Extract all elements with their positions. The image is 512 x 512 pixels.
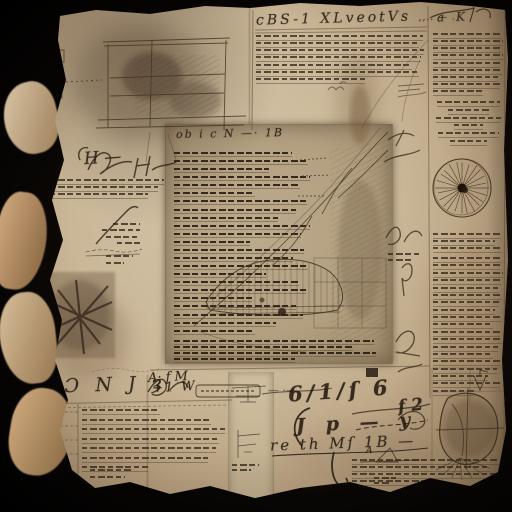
- script-text-line: [433, 286, 498, 293]
- script-text-line: [436, 116, 501, 123]
- script-text-line: [388, 258, 414, 263]
- script-text-line: [174, 288, 306, 294]
- smudge-stain: [75, 25, 205, 140]
- script-text-line: [388, 252, 422, 257]
- script-text-line: [232, 468, 251, 473]
- script-text-line: [374, 481, 391, 486]
- script-text-line: [256, 77, 365, 84]
- script-text-line: [174, 199, 307, 205]
- wheel-spokes: [435, 162, 489, 213]
- script-text-line: [433, 300, 499, 307]
- script-text-line: [454, 123, 482, 130]
- script-text-line: [174, 208, 296, 214]
- script-text-line: [433, 239, 495, 246]
- script-text-line: [174, 296, 252, 302]
- script-text-line: [82, 446, 216, 453]
- central-inset-panel: ob i c N —· 1B: [165, 124, 393, 364]
- script-text-line: [433, 367, 497, 374]
- script-text-line: [433, 89, 483, 96]
- corner-note-script: a K: [437, 9, 469, 24]
- right-column-below-wheel-text: [433, 232, 504, 253]
- script-text-line: [433, 39, 503, 46]
- script-text-line: [433, 256, 502, 263]
- left-tiny-note: [106, 254, 140, 266]
- script-text-line: [174, 256, 293, 262]
- structure-hatching: [135, 55, 220, 115]
- charcoal-smudge: [169, 82, 221, 118]
- script-text-line: [433, 61, 500, 68]
- script-text-line: [113, 222, 140, 227]
- script-text-line: [433, 271, 503, 278]
- ink-stain: [55, 295, 130, 380]
- script-text-line: [433, 263, 500, 270]
- right-column-mid-text: [433, 100, 504, 146]
- left-margin-note: [100, 222, 140, 246]
- strip-note: [232, 463, 270, 473]
- script-text-line: [437, 100, 499, 107]
- script-text-line: [82, 408, 160, 415]
- page-title-text: cBS-1 XLveotVs: [256, 9, 412, 29]
- script-text-line: [102, 228, 140, 233]
- right-column-main-text: [433, 256, 504, 396]
- script-text-line: [433, 246, 502, 253]
- script-text-line: [174, 183, 300, 189]
- bottom-script-line4: re th Mſ 1B —: [270, 431, 417, 454]
- bottom-left-footnote: [90, 468, 162, 480]
- script-text-line: [433, 53, 503, 60]
- bottom-script-line1: 6/1/ſ 6: [287, 374, 392, 406]
- manuscript-photo: { "palette":{"background":"#0a0705","par…: [0, 0, 512, 512]
- script-text-line: [448, 108, 489, 115]
- script-text-line: [174, 232, 301, 238]
- bottom-left-list: [82, 408, 232, 472]
- parchment-page: ob i c N —· 1B: [0, 0, 512, 512]
- script-text-line: [256, 70, 419, 77]
- left-column-rows: [50, 178, 170, 198]
- script-text-line: [352, 465, 490, 472]
- script-text-line: [174, 240, 250, 246]
- script-text-line: [174, 313, 303, 319]
- script-text-line: [174, 272, 266, 278]
- script-text-line: [50, 185, 158, 192]
- script-text-line: [352, 458, 499, 465]
- script-text-line: [174, 151, 292, 157]
- script-text-line: [82, 427, 225, 434]
- script-text-line: [174, 191, 255, 197]
- right-column-upper-text: [433, 32, 504, 96]
- bottom-left-flourish2-script: +1 W: [152, 379, 197, 396]
- script-text-line: [50, 178, 164, 185]
- script-text-line: [433, 232, 501, 239]
- script-text-line: [90, 475, 125, 480]
- torn-page-curl: [0, 189, 52, 292]
- script-text-line: [106, 261, 124, 266]
- panel-bottom-text: [174, 339, 382, 361]
- script-text-line: [174, 280, 299, 286]
- script-text-line: [256, 34, 423, 41]
- script-text-line: [433, 330, 500, 337]
- wheel-hub: [458, 184, 467, 193]
- charcoal-smudge: [122, 52, 182, 100]
- script-text-line: [174, 175, 310, 181]
- script-text-line: [433, 82, 500, 89]
- script-text-line: [256, 41, 419, 48]
- script-text-line: [174, 304, 296, 310]
- script-text-line: [433, 315, 501, 322]
- script-text-line: [106, 254, 133, 259]
- torn-page-curl: [0, 289, 61, 386]
- bottom-center-stack-note: [374, 476, 422, 486]
- script-text-line: [174, 264, 308, 270]
- wheel-diagram: [433, 159, 491, 217]
- script-text-line: [433, 374, 488, 381]
- dark-sketch-panel: [47, 272, 115, 358]
- panel-text-block: [174, 151, 314, 335]
- script-text-line: [174, 159, 308, 165]
- script-text-line: [438, 131, 498, 138]
- script-text-line: [433, 75, 498, 82]
- script-text-line: [433, 46, 501, 53]
- script-text-line: [433, 68, 502, 75]
- script-text-line: [433, 352, 493, 359]
- fold-crease: [248, 2, 251, 130]
- script-text-line: [433, 345, 498, 352]
- script-text-line: [174, 329, 255, 335]
- script-text-line: [106, 235, 140, 240]
- script-text-line: [90, 468, 133, 473]
- script-text-line: [82, 418, 211, 425]
- script-text-line: [174, 167, 269, 173]
- top-text-block: [256, 34, 426, 84]
- script-text-line: [433, 322, 493, 329]
- gutter-note: [388, 252, 428, 263]
- script-text-line: [174, 216, 278, 222]
- script-text-line: [174, 357, 295, 363]
- left-script-line: [86, 249, 162, 372]
- script-text-line: [433, 381, 500, 388]
- script-text-line: [256, 63, 412, 70]
- script-text-line: [433, 359, 501, 366]
- script-text-line: [450, 139, 487, 146]
- page-title-script: cBS-1 XLveotVs ,,.. — .: [256, 7, 456, 28]
- script-text-line: [174, 321, 276, 327]
- left-flourish-script: H —: [83, 147, 122, 170]
- script-text-line: [433, 293, 502, 300]
- script-text-line: [50, 192, 148, 199]
- script-text-line: [82, 456, 208, 463]
- script-text-line: [174, 224, 310, 230]
- script-text-line: [256, 55, 421, 62]
- script-text-line: [433, 308, 495, 315]
- panel-header-script: ob i c N —· 1B: [176, 126, 284, 141]
- triangle-label: A: [366, 446, 373, 456]
- script-text-line: [433, 32, 502, 39]
- script-text-line: [256, 48, 424, 55]
- script-text-line: [174, 248, 304, 254]
- script-text-line: [82, 437, 219, 444]
- script-text-line: [433, 389, 474, 396]
- script-text-line: [433, 278, 501, 285]
- script-text-line: [433, 337, 502, 344]
- script-text-line: [117, 241, 140, 246]
